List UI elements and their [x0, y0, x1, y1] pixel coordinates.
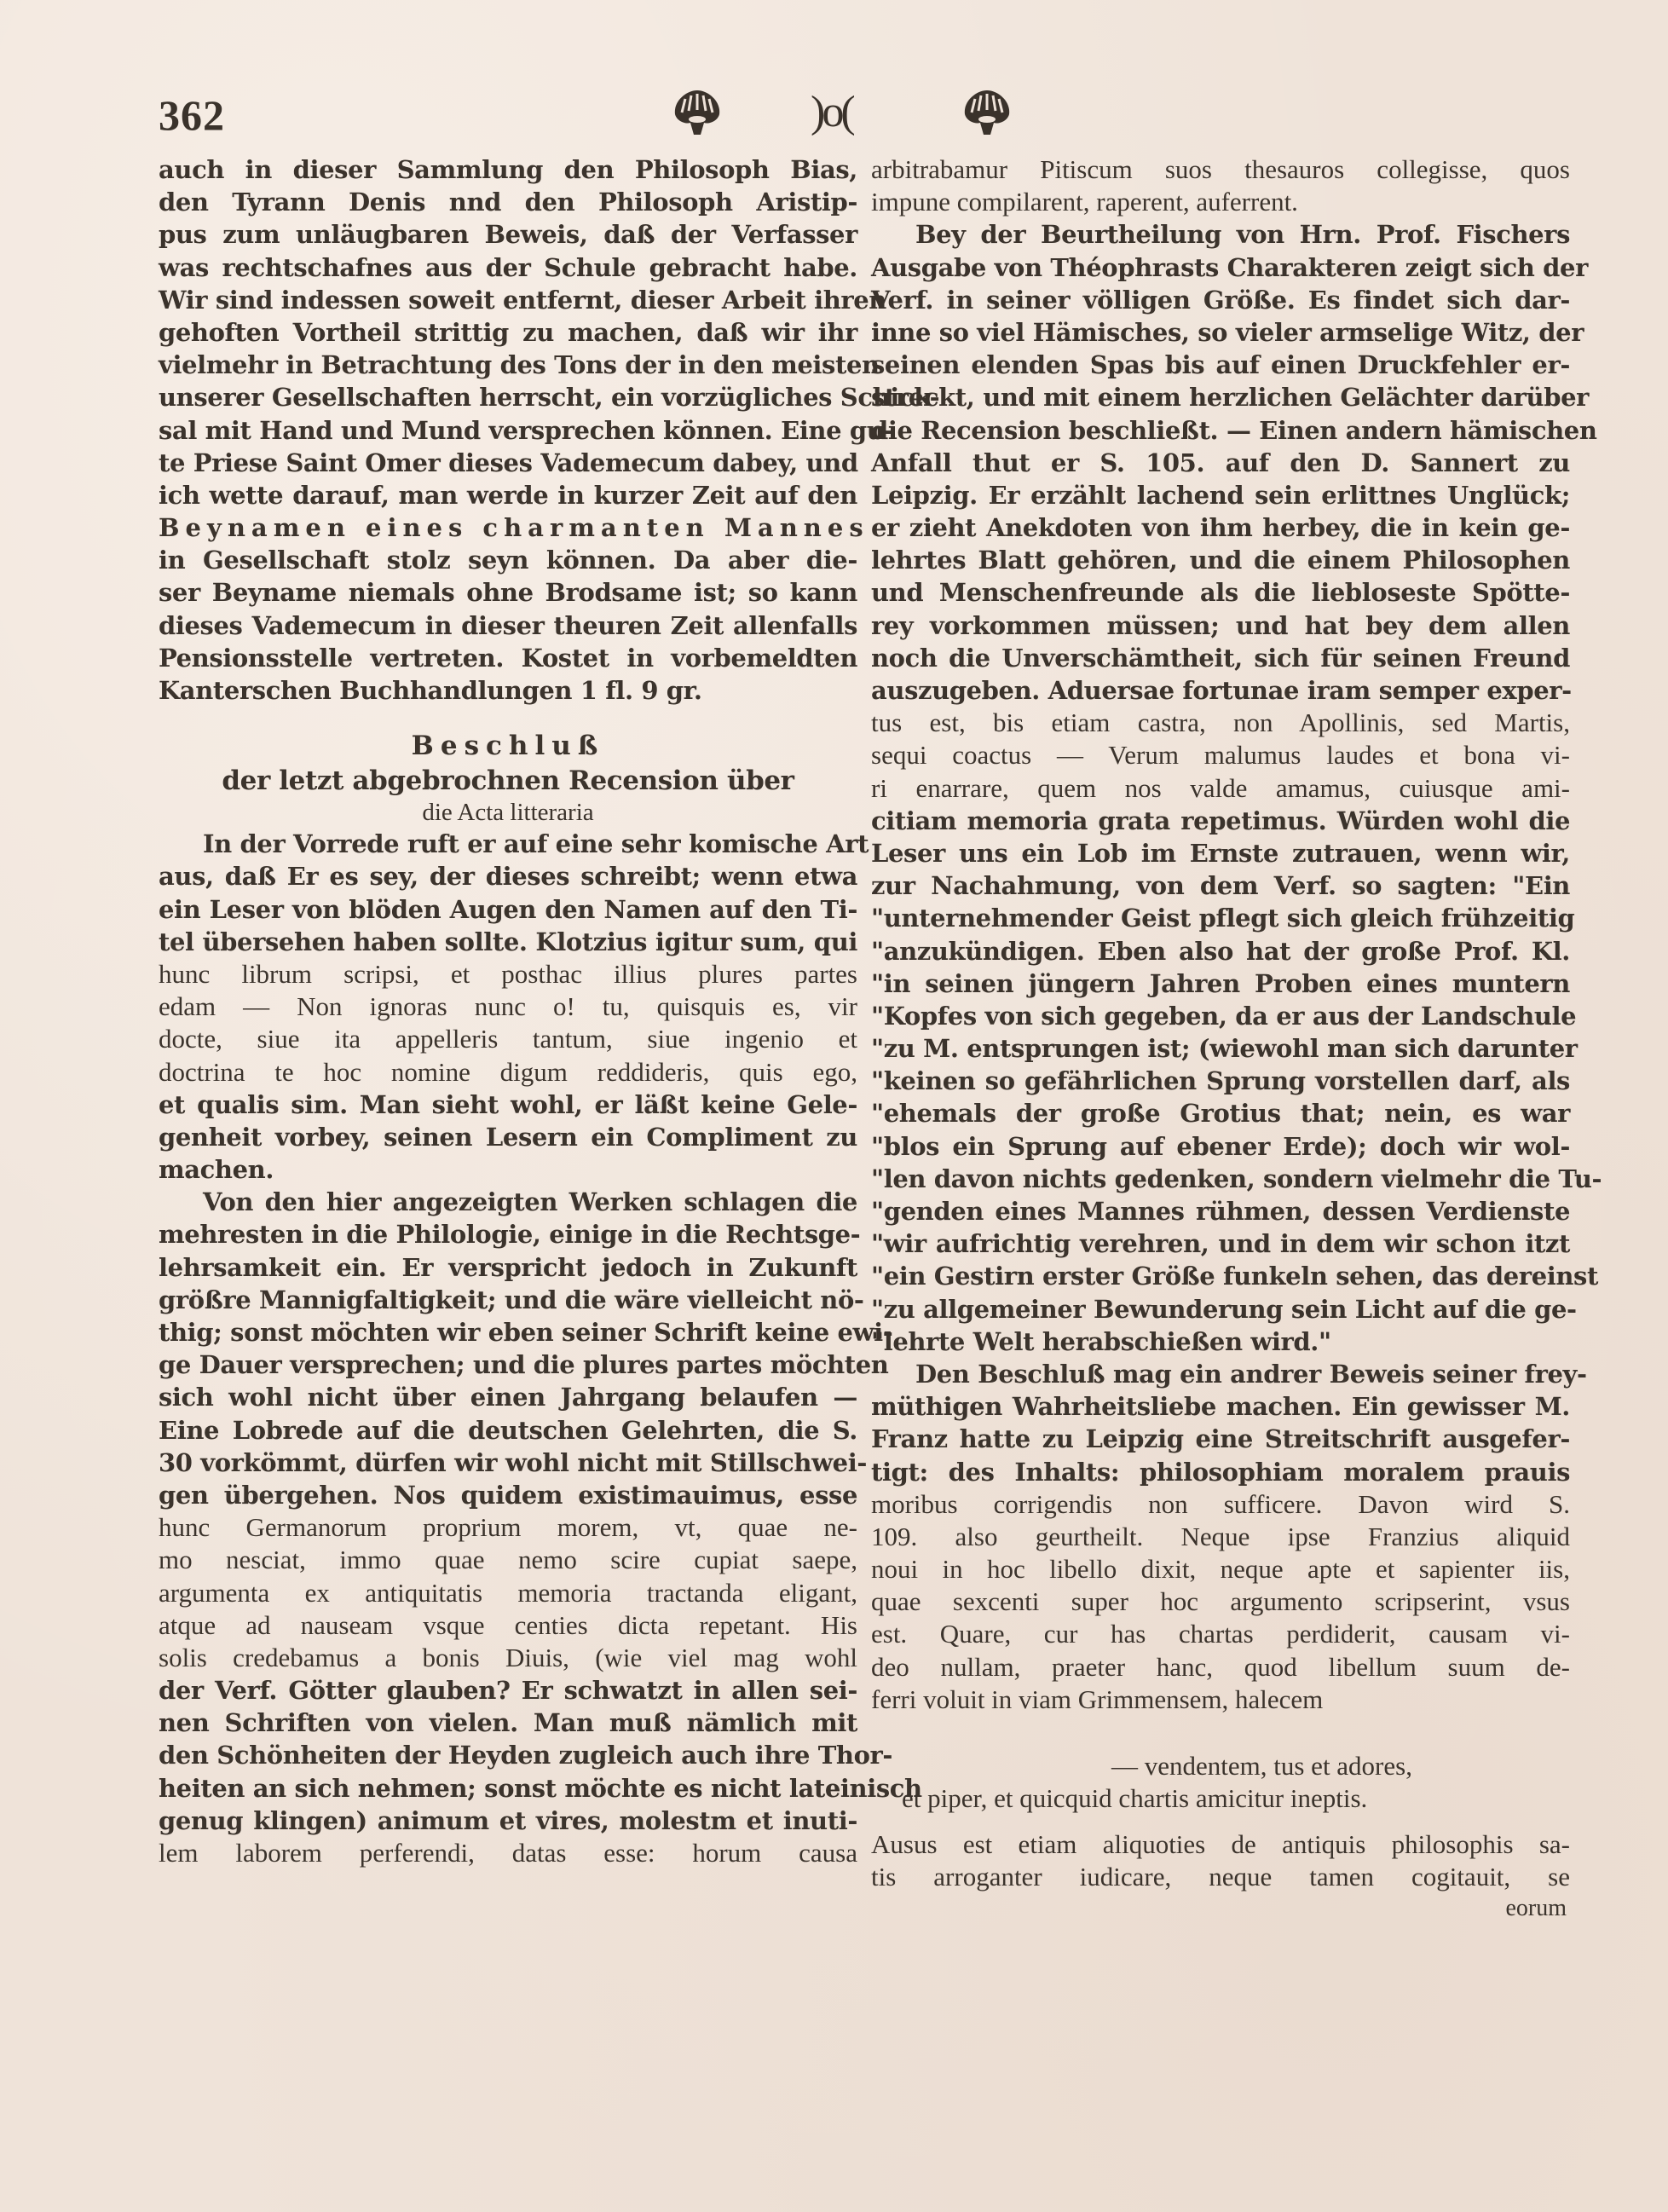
- text-line: Kanterschen Buchhandlungen 1 fl. 9 gr.: [159, 674, 857, 707]
- text-line: citiam memoria grata repetimus. Würden w…: [871, 805, 1570, 837]
- paragraph: Ausus est etiam aliquoties de antiquis p…: [871, 1828, 1570, 1893]
- paragraph: Den Beschluß mag ein andrer Beweis seine…: [871, 1358, 1570, 1716]
- center-mark: )o(: [811, 87, 852, 137]
- text-line: Leser uns ein Lob im Ernste zutrauen, we…: [871, 837, 1570, 869]
- text-line: unserer Gesellschaften herrscht, ein vor…: [159, 381, 857, 413]
- text-line: müthigen Wahrheitsliebe machen. Ein gewi…: [871, 1390, 1570, 1423]
- text-line: Anfall thut er S. 105. auf den D. Sanner…: [871, 447, 1570, 479]
- page-number: 362: [159, 90, 225, 140]
- text-line: docte, siue ita appelleris tantum, siue …: [159, 1023, 857, 1055]
- text-line: moribus corrigendis non sufficere. Davon…: [871, 1488, 1570, 1521]
- shell-ornament-icon: [670, 89, 724, 136]
- text-line: "Kopfes von sich gegeben, da er aus der …: [871, 1000, 1570, 1032]
- text-line: Wir sind indessen soweit entfernt, diese…: [159, 284, 857, 316]
- text-line: gen übergehen. Nos quidem existimauimus,…: [159, 1479, 857, 1511]
- text-line: genug klingen) animum et vires, molestm …: [159, 1805, 857, 1837]
- text-line: "genden eines Mannes rühmen, dessen Verd…: [871, 1195, 1570, 1227]
- text-line: "keinen so gefährlichen Sprung vorstelle…: [871, 1065, 1570, 1097]
- text-line: zur Nachahmung, von dem Verf. so sagten:…: [871, 869, 1570, 902]
- text-line: ge Dauer versprechen; und die plures par…: [159, 1349, 857, 1381]
- text-line: er zieht Anekdoten von ihm herbey, die i…: [871, 511, 1570, 544]
- text-line: nen Schriften von vielen. Man muß nämlic…: [159, 1707, 857, 1739]
- text-line: sich wohl nicht über einen Jahrgang bela…: [159, 1381, 857, 1413]
- text-line: den Schönheiten der Heyden zugleich auch…: [159, 1739, 857, 1771]
- text-line: Den Beschluß mag ein andrer Beweis seine…: [871, 1358, 1570, 1390]
- text-line: was rechtschafnes aus der Schule gebrach…: [159, 251, 857, 284]
- text-line: rey vorkommen müssen; und hat bey dem al…: [871, 609, 1570, 642]
- text-line: hunc librum scripsi, et posthac illius p…: [159, 958, 857, 990]
- text-line: lehrsamkeit ein. Er verspricht jedoch in…: [159, 1251, 857, 1284]
- text-line: heiten an sich nehmen; sonst möchte es n…: [159, 1772, 857, 1805]
- text-line: noch die Unverschämtheit, sich für seine…: [871, 642, 1570, 674]
- text-line: solis credebamus a bonis Diuis, (wie vie…: [159, 1642, 857, 1674]
- text-line: In der Vorrede ruft er auf eine sehr kom…: [159, 828, 857, 860]
- text-line: atque ad nauseam vsque centies dicta rep…: [159, 1609, 857, 1642]
- text-line: ferri voluit in viam Grimmensem, halecem: [871, 1684, 1570, 1716]
- text-line: lehrtes Blatt gehören, und die einem Phi…: [871, 544, 1570, 576]
- page-header: 362 )o(: [159, 84, 1522, 143]
- text-line: argumenta ex antiquitatis memoria tracta…: [159, 1577, 857, 1609]
- text-line: ser Beyname niemals ohne Brodsame ist; s…: [159, 576, 857, 609]
- text-line: Bey der Beurtheilung von Hrn. Prof. Fisc…: [871, 218, 1570, 251]
- text-line: ein Leser von blöden Augen den Namen auf…: [159, 893, 857, 926]
- section-heading: Beschluß der letzt abgebrochnen Recensio…: [159, 727, 857, 828]
- text-line: tis arroganter iudicare, neque tamen cog…: [871, 1861, 1570, 1893]
- text-line: impune compilarent, raperent, auferrent.: [871, 186, 1570, 218]
- text-line: genheit vorbey, seinen Lesern ein Compli…: [159, 1121, 857, 1153]
- text-line: pus zum unläugbaren Beweis, daß der Verf…: [159, 218, 857, 251]
- text-line: "zu M. entsprungen ist; (wiewohl man sic…: [871, 1032, 1570, 1065]
- text-line: Ausgabe von Théophrasts Charakteren zeig…: [871, 251, 1570, 284]
- text-line: streckt, und mit einem herzlichen Geläch…: [871, 381, 1570, 413]
- text-line: der Verf. Götter glauben? Er schwatzt in…: [159, 1674, 857, 1707]
- paragraph: In der Vorrede ruft er auf eine sehr kom…: [159, 828, 857, 1186]
- text-line: deo nullam, praeter hanc, quod libellum …: [871, 1651, 1570, 1684]
- text-line: "anzukündigen. Eben also hat der große P…: [871, 935, 1570, 967]
- text-line: tigt: des Inhalts: philosophiam moralem …: [871, 1456, 1570, 1488]
- text-line: auch in dieser Sammlung den Philosoph Bi…: [159, 153, 857, 186]
- text-line: den Tyrann Denis nnd den Philosoph Arist…: [159, 186, 857, 218]
- text-line: ri enarrare, quem nos valde amamus, cuiu…: [871, 772, 1570, 805]
- text-line: "len davon nichts gedenken, sondern viel…: [871, 1163, 1570, 1195]
- text-line: tus est, bis etiam castra, non Apollinis…: [871, 707, 1570, 739]
- text-line: est. Quare, cur has chartas perdiderit, …: [871, 1618, 1570, 1650]
- text-line: Franz hatte zu Leipzig eine Streitschrif…: [871, 1423, 1570, 1455]
- paragraph: Von den hier angezeigten Werken schlagen…: [159, 1186, 857, 1869]
- text-line: sal mit Hand und Mund versprechen können…: [159, 414, 857, 447]
- text-line: "in seinen jüngern Jahren Proben eines m…: [871, 967, 1570, 1000]
- verse-quotation: — vendentem, tus et adores, et piper, et…: [871, 1750, 1570, 1815]
- heading-subject: die Acta litteraria: [159, 797, 857, 828]
- text-line: "ein Gestirn erster Größe funkeln sehen,…: [871, 1260, 1570, 1292]
- text-line: auszugeben. Aduersae fortunae iram sempe…: [871, 674, 1570, 707]
- text-line: sequi coactus — Verum malumus laudes et …: [871, 739, 1570, 771]
- paragraph-continued: auch in dieser Sammlung den Philosoph Bi…: [159, 153, 857, 707]
- text-line: te Priese Saint Omer dieses Vademecum da…: [159, 447, 857, 479]
- paragraph-continued: arbitrabamur Pitiscum suos thesauros col…: [871, 153, 1570, 218]
- text-line: arbitrabamur Pitiscum suos thesauros col…: [871, 153, 1570, 186]
- left-column: auch in dieser Sammlung den Philosoph Bi…: [159, 153, 857, 1869]
- text-line: die Recension beschließt. — Einen andern…: [871, 414, 1570, 447]
- text-line: doctrina te hoc nomine digum reddideris,…: [159, 1056, 857, 1089]
- text-line: thig; sonst möchten wir eben seiner Schr…: [159, 1316, 857, 1349]
- text-line: gehoften Vortheil strittig zu machen, da…: [159, 316, 857, 349]
- shell-ornament-icon: [960, 89, 1014, 136]
- text-line: Beynamen eines charmanten Mannes: [159, 511, 857, 544]
- text-line: ich wette darauf, man werde in kurzer Ze…: [159, 479, 857, 511]
- text-line: "blos ein Sprung auf ebener Erde); doch …: [871, 1130, 1570, 1163]
- text-line: noui in hoc libello dixit, neque apte et…: [871, 1553, 1570, 1585]
- text-line: Eine Lobrede auf die deutschen Gelehrten…: [159, 1414, 857, 1447]
- text-line: tel übersehen haben sollte. Klotzius igi…: [159, 926, 857, 958]
- text-line: "wir aufrichtig verehren, und in dem wir…: [871, 1227, 1570, 1260]
- text-line: vielmehr in Betrachtung des Tons der in …: [159, 349, 857, 381]
- text-line: 30 vorkömmt, dürfen wir wohl nicht mit S…: [159, 1447, 857, 1479]
- text-line: größre Mannigfaltigkeit; und die wäre vi…: [159, 1284, 857, 1316]
- text-line: lem laborem perferendi, datas esse: horu…: [159, 1837, 857, 1869]
- heading-subtitle: der letzt abgebrochnen Recension über: [159, 765, 857, 797]
- verse-line: et piper, et quicquid chartis amicitur i…: [871, 1782, 1570, 1815]
- text-line: hunc Germanorum proprium morem, vt, quae…: [159, 1511, 857, 1544]
- text-line: aus, daß Er es sey, der dieses schreibt;…: [159, 860, 857, 892]
- text-line: Leipzig. Er erzählt lachend sein erlittn…: [871, 479, 1570, 511]
- text-line: und Menschenfreunde als die liebloseste …: [871, 576, 1570, 609]
- text-line: dieses Vademecum in dieser theuren Zeit …: [159, 609, 857, 642]
- text-line: "unternehmender Geist pflegt sich gleich…: [871, 902, 1570, 934]
- heading-title: Beschluß: [159, 727, 857, 765]
- text-line: machen.: [159, 1153, 857, 1186]
- text-line: 109. also geurtheilt. Neque ipse Franziu…: [871, 1521, 1570, 1553]
- text-line: "lehrte Welt herabschießen wird.": [871, 1325, 1570, 1358]
- right-column: arbitrabamur Pitiscum suos thesauros col…: [871, 153, 1570, 1924]
- catchword: eorum: [871, 1893, 1570, 1924]
- text-line: mehresten in die Philologie, einige in d…: [159, 1218, 857, 1250]
- text-line: Verf. in seiner völligen Größe. Es finde…: [871, 284, 1570, 316]
- text-line: "zu allgemeiner Bewunderung sein Licht a…: [871, 1293, 1570, 1325]
- text-line: in Gesellschaft stolz seyn können. Da ab…: [159, 544, 857, 576]
- text-line: mo nesciat, immo quae nemo scire cupiat …: [159, 1544, 857, 1576]
- text-line: et qualis sim. Man sieht wohl, er läßt k…: [159, 1089, 857, 1121]
- text-line: quae sexcenti super hoc argumento scrips…: [871, 1585, 1570, 1618]
- text-line: Ausus est etiam aliquoties de antiquis p…: [871, 1828, 1570, 1861]
- text-line: seinen elenden Spas bis auf einen Druckf…: [871, 349, 1570, 381]
- text-line: Pensionsstelle vertreten. Kostet in vorb…: [159, 642, 857, 674]
- text-line: edam — Non ignoras nunc o! tu, quisquis …: [159, 990, 857, 1023]
- text-line: "ehemals der große Grotius that; nein, e…: [871, 1097, 1570, 1129]
- text-line: inne so viel Hämisches, so vieler armsel…: [871, 316, 1570, 349]
- verse-line: — vendentem, tus et adores,: [871, 1750, 1570, 1782]
- paragraph: Bey der Beurtheilung von Hrn. Prof. Fisc…: [871, 218, 1570, 1358]
- text-line: Von den hier angezeigten Werken schlagen…: [159, 1186, 857, 1218]
